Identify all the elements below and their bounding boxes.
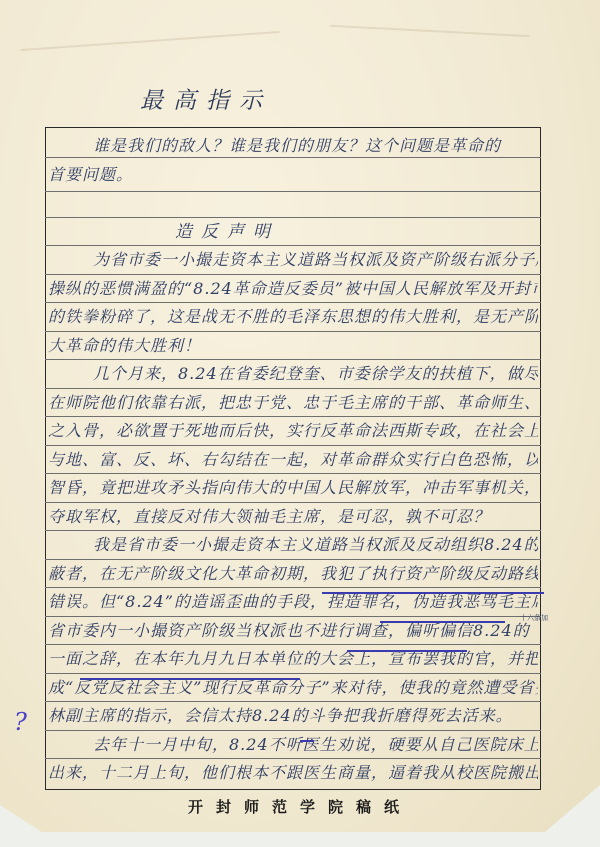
- body-line: 为省市委一小撮走资本主义道路当权派及资产阶级右派分子所: [48, 245, 538, 274]
- blue-underline: [322, 592, 544, 594]
- margin-question-mark: ?: [14, 708, 27, 736]
- body-line: 大革命的伟大胜利！: [48, 331, 538, 360]
- body-line: 我是省市委一小撮走资本主义道路当权派及反动组织8.24的受蒙: [48, 530, 538, 559]
- body-line: 一面之辞，在本年九月九日本单位的大会上，宣布罢我的官，并把我当: [48, 644, 538, 673]
- declaration-title: 造反声明: [175, 217, 279, 242]
- quote-line: 谁是我们的敌人？谁是我们的朋友？这个问题是革命的: [48, 131, 538, 160]
- body-line: 智昏，竟把进攻矛头指向伟大的中国人民解放军，冲击军事机关，妄图: [48, 473, 538, 502]
- body-line: 在师院他们依靠右派，把忠于党、忠于毛主席的干部、革命师生、工人限: [48, 388, 538, 417]
- blue-underline: [80, 678, 300, 680]
- body-line: 林副主席的指示，会信太持8.24的斗争把我折磨得死去活来。: [48, 701, 538, 730]
- ruled-line: [45, 191, 541, 192]
- document-heading: 最高指示: [140, 82, 272, 115]
- body-line: 几个月来，8.24在省委纪登奎、市委徐学友的扶植下，做尽了坏事: [48, 359, 538, 388]
- ruled-line: [45, 217, 541, 218]
- blue-underline: [380, 621, 505, 623]
- body-line-clipped: [48, 786, 538, 790]
- body-line: 与地、富、反、坏、右勾结在一起，对革命群众实行白色恐怖，以致利令: [48, 445, 538, 474]
- body-line: 之入骨，必欲置于死地而后快，实行反革命法西斯专政，在社会上他们: [48, 416, 538, 445]
- blue-underline: [300, 740, 314, 742]
- body-line: 出来，十二月上旬，他们根本不跟医生商量，逼着我从校医院搬出来，: [48, 758, 538, 787]
- body-line: 操纵的恶惯满盈的“8.24革命造反委员”被中国人民解放军及开封市人民: [48, 274, 538, 303]
- blue-underline: [347, 650, 467, 652]
- body-line: 的铁拳粉碎了，这是战无不胜的毛泽东思想的伟大胜利，是无产阶级文化: [48, 302, 538, 331]
- body-line: 蔽者，在无产阶级文化大革命初期，我犯了执行资产阶级反动路线的: [48, 559, 538, 588]
- quote-line: 首要问题。: [48, 160, 538, 189]
- body-line: 去年十一月中旬，8.24不听医生劝说，硬要从自己医院床上把我拉: [48, 730, 538, 759]
- body-line: 夺取军权，直接反对伟大领袖毛主席，是可忍，孰不可忍？: [48, 502, 538, 531]
- interlinear-note: 十六条加: [520, 613, 548, 623]
- paper-footer-imprint: 开封师范学院稿纸: [0, 796, 600, 817]
